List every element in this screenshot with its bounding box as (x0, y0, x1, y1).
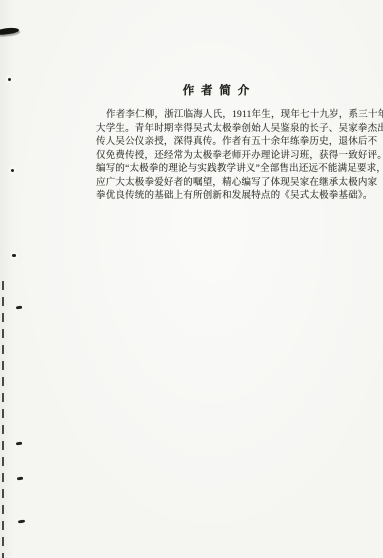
paragraph-line: 应广大太极拳爱好者的嘱望，精心编写了体现吴家在继承太极内家 (96, 177, 338, 191)
scanned-book-page: 作 者 简 介 作者李仁柳，浙江临海人氏，1911年生，现年七十九岁，系三十年代… (0, 0, 383, 558)
speck-dash (16, 306, 22, 309)
speck-dot (11, 169, 14, 172)
paragraph-line: 编写的“太极拳的理论与实践教学讲义”全部售出还远不能满足要求， (96, 163, 338, 177)
speck-dot (12, 254, 16, 257)
speck-dot (8, 78, 11, 81)
paragraph-line: 传人吴公仪亲授，深得真传。作者有五十余年练拳历史，退休后不 (96, 136, 338, 150)
ink-smudge-mark (0, 27, 19, 36)
paragraph-line: 仅免费传授，还经常为太极拳老师开办理论讲习班，获得一致好评。他 (96, 150, 338, 164)
paragraph-line: 拳优良传统的基础上有所创新和发展特点的《吴式太极拳基础》。 (96, 190, 338, 204)
paragraph-line: 作者李仁柳，浙江临海人氏，1911年生，现年七十九岁，系三十年代 (96, 109, 338, 123)
speck-dash (16, 442, 22, 445)
speck-dash (17, 477, 23, 480)
speck-dash (18, 520, 25, 524)
binding-dashed-line (2, 281, 4, 558)
paragraph-line: 大学生。青年时期幸得吴式太极拳创始人吴鉴泉的长子、吴家拳杰出 (96, 123, 338, 137)
page-title: 作 者 简 介 (96, 82, 338, 98)
author-intro-paragraph: 作者李仁柳，浙江临海人氏，1911年生，现年七十九岁，系三十年代 大学生。青年时… (96, 109, 338, 204)
